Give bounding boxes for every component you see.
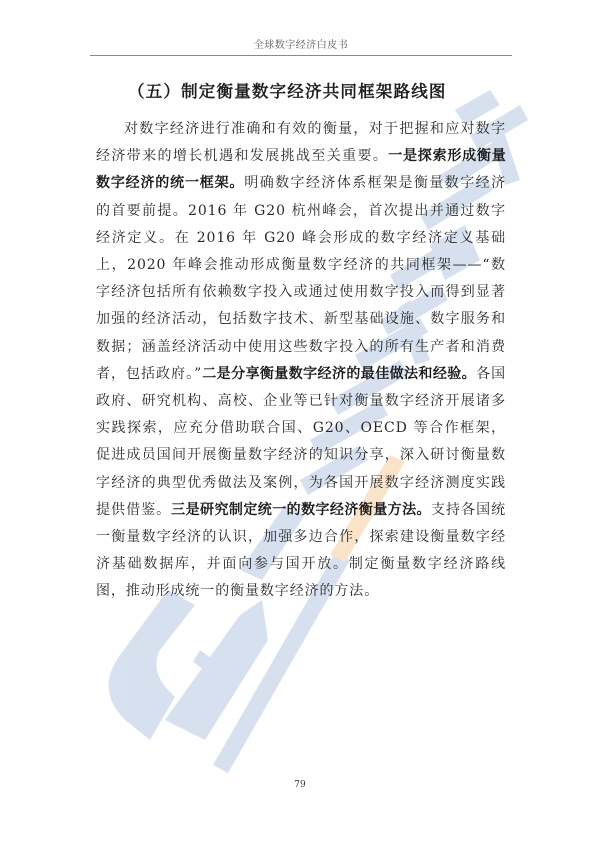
key-point-3: 三是研究制定统一的数字经济衡量方法。 — [171, 502, 431, 518]
text-segment: 各国政府、研究机构、高校、企业等已针对衡量数字经济开展诸多实践探索，应充分借助联… — [96, 366, 506, 518]
key-point-2: 二是分享衡量数字经济的最佳做法和经验。 — [202, 366, 476, 382]
running-header: 全球数字经济白皮书 — [90, 36, 512, 51]
header-divider — [90, 55, 512, 56]
text-segment: 明确数字经济体系框架是衡量数字经济的首要前提。2016 年 G20 杭州峰会，首… — [96, 175, 506, 381]
section-title: （五）制定衡量数字经济共同框架路线图 — [128, 78, 447, 102]
body-paragraph: 对数字经济进行准确和有效的衡量，对于把握和应对数字经济带来的增长机遇和发展挑战至… — [96, 116, 506, 606]
page-number: 79 — [0, 780, 600, 790]
